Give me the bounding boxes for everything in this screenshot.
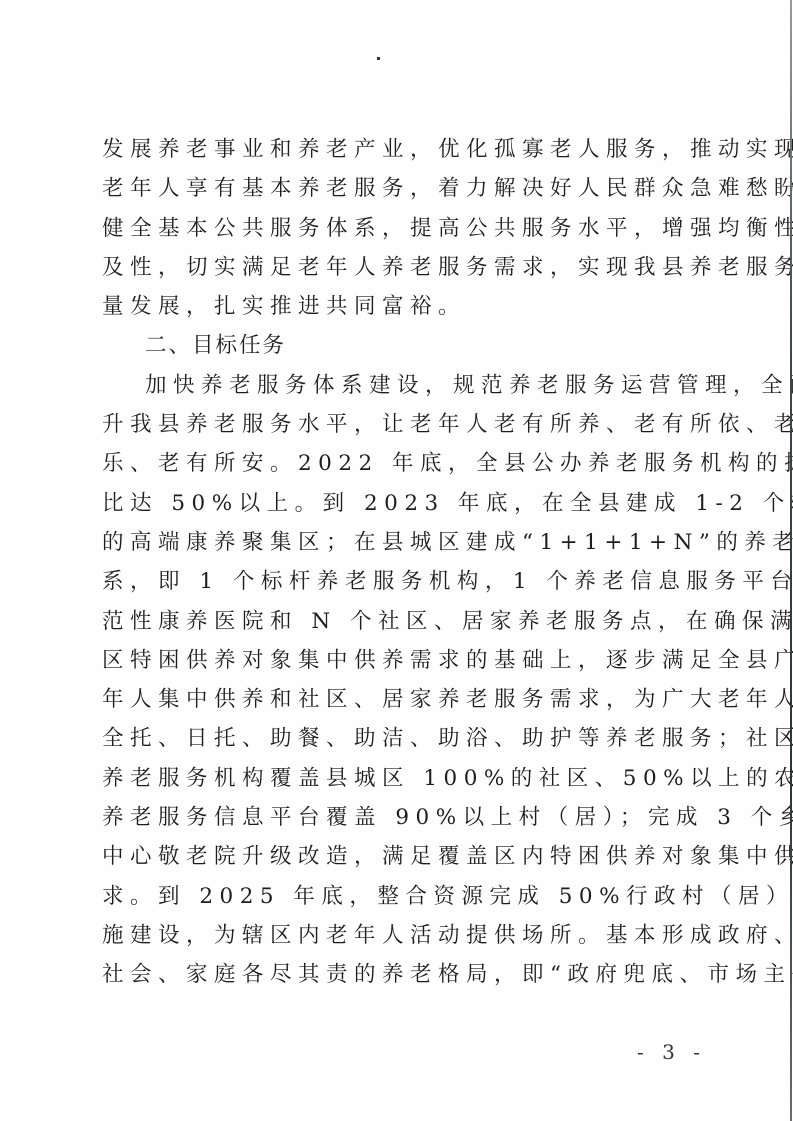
text-line: 健全基本公共服务体系，提高公共服务水平，增强均衡性和可 <box>102 209 692 248</box>
text-line: 社会、家庭各尽其责的养老格局，即“政府兜底、市场主体、 <box>102 955 692 994</box>
section-heading: 二、目标任务 <box>102 326 692 365</box>
text-line: 升我县养老服务水平，让老年人老有所养、老有所依、老有所 <box>102 405 692 444</box>
scan-edge-line <box>790 0 792 1121</box>
text-line: 养老服务机构覆盖县城区 100%的社区、50%以上的农村社区， <box>102 759 692 798</box>
text-line: 比达 50%以上。到 2023 年底，在全县建成 1-2 个辐射周边区域 <box>102 484 692 523</box>
text-line: 全托、日托、助餐、助洁、助浴、助护等养老服务；社区居家 <box>102 719 692 758</box>
text-line: 范性康养医院和 N 个社区、居家养老服务点，在确保满足县城 <box>102 602 692 641</box>
text-line: 老年人享有基本养老服务，着力解决好人民群众急难愁盼问题， <box>102 169 692 208</box>
text-line: 区特困供养对象集中供养需求的基础上，逐步满足全县广大老 <box>102 641 692 680</box>
text-line: 年人集中供养和社区、居家养老服务需求，为广大老年人提供 <box>102 680 692 719</box>
text-line: 发展养老事业和养老产业，优化孤寡老人服务，推动实现全体 <box>102 130 692 169</box>
text-line: 求。到 2025 年底，整合资源完成 50%行政村（居）养老互助设 <box>102 877 692 916</box>
document-page: 发展养老事业和养老产业，优化孤寡老人服务，推动实现全体 老年人享有基本养老服务，… <box>0 0 793 1121</box>
text-line: 养老服务信息平台覆盖 90%以上村（居）；完成 3 个乡镇区域性 <box>102 798 692 837</box>
text-line: 乐、老有所安。2022 年底，全县公办养老服务机构的护理床占 <box>102 444 692 483</box>
page-number: - 3 - <box>637 1040 706 1064</box>
text-line: 量发展，扎实推进共同富裕。 <box>102 287 692 326</box>
text-line: 及性，切实满足老年人养老服务需求，实现我县养老服务高质 <box>102 248 692 287</box>
text-line: 加快养老服务体系建设，规范养老服务运营管理，全面提 <box>102 366 692 405</box>
text-line: 系，即 1 个标杆养老服务机构，1 个养老信息服务平台，1 个示 <box>102 562 692 601</box>
body-text: 发展养老事业和养老产业，优化孤寡老人服务，推动实现全体 老年人享有基本养老服务，… <box>102 130 692 995</box>
text-line: 施建设，为辖区内老年人活动提供场所。基本形成政府、市场、 <box>102 916 692 955</box>
text-line: 的高端康养聚集区；在县城区建成“1+1+1+N”的养老服务体 <box>102 523 692 562</box>
scan-speck <box>377 57 380 60</box>
text-line: 中心敬老院升级改造，满足覆盖区内特困供养对象集中供养需 <box>102 837 692 876</box>
